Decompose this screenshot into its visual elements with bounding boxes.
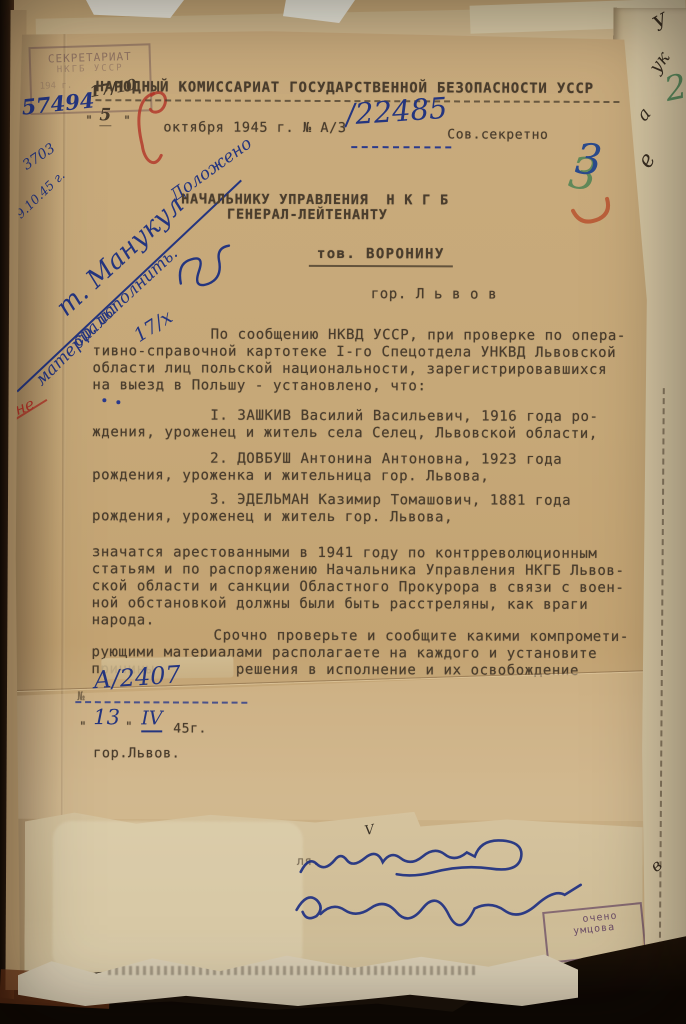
date-quote-open: " [79, 719, 87, 733]
outgoing-month-handwritten: IV [141, 707, 162, 732]
recipient-name: тов. ВОРОНИНУ [309, 246, 453, 268]
underlying-page-writing: е [633, 149, 661, 173]
page-number-blue: 3 [573, 134, 603, 185]
list-item1-line: ждения, уроженец и житель села Селец, Ль… [92, 424, 598, 442]
resolution-flourish [175, 239, 245, 301]
outgoing-city: гор.Львов. [93, 745, 180, 761]
registration-day: 5 [99, 105, 111, 126]
document-photo: У ук 2 а е Е в СЕКРЕТАРИАТ НКГБ УССР 194… [0, 0, 686, 1024]
list-item3-line: 3. ЭДЕЛЬМАН Казимир Томашович, 1881 года [210, 492, 571, 509]
recipient-city: гор. Л ь в о в [371, 286, 497, 302]
body-paragraph3-line: Срочно проверьте и сообщите какими компр… [214, 628, 629, 645]
registration-extra-date: 9.10.45 г. [13, 168, 68, 222]
list-item1-line: I. ЗАШКИВ Василий Васильевич, 1916 года … [210, 408, 598, 425]
underlying-page-writing: У [648, 8, 672, 36]
body-paragraph2-line: ной обстановкой должны были быть расстре… [92, 595, 589, 613]
body-paragraph2-line: статьям и по распоряжению Начальника Упр… [92, 561, 625, 579]
list-item2-line: 2. ДОВБУШ Антонина Антоновна, 1923 года [210, 451, 562, 468]
body-paragraph1-line: По сообщению НКВД УССР, при проверке по … [211, 327, 626, 344]
body-paragraph1-line: области лиц польской национальности, зар… [92, 360, 607, 378]
outgoing-day-handwritten: 13 [93, 705, 120, 729]
recipient-line1: НАЧАЛЬНИКУ УПРАВЛЕНИЯ Н К Г Б [181, 191, 449, 208]
date-line-typed: октября 1945 г. № А/3 [163, 119, 346, 136]
number-underline [351, 146, 451, 148]
registration-extra-number: 3703 [20, 140, 59, 173]
body-paragraph1-line: на выезд в Польшу - установлено, что: [92, 377, 426, 394]
underlying-page-writing: 2 [661, 66, 686, 110]
crumpled-paper-area [52, 821, 303, 972]
list-item2-line: рождения, уроженка и жительница гор. Льв… [92, 467, 489, 484]
doc-number-handwritten: /22485 [344, 91, 448, 132]
body-paragraph2-line: народа. [92, 612, 155, 628]
page-number-mark: 3 3 [561, 135, 623, 231]
document-page: СЕКРЕТАРИАТ НКГБ УССР 194 г. 57494 17/10… [12, 29, 649, 991]
day-quote-open: " [85, 113, 93, 127]
recipient-line2: ГЕНЕРАЛ-ЛЕЙТЕНАНТУ [227, 207, 388, 224]
resolution-date: 17/х [130, 306, 177, 347]
fold-perforation [659, 388, 665, 988]
underlying-page-writing: в [646, 855, 665, 876]
underlying-page-writing: а [633, 104, 656, 126]
ink-dot [116, 400, 120, 404]
body-paragraph1-line: тивно-справочной картотеке I-го Спецотде… [93, 343, 617, 361]
outgoing-year-typed: 45г. [173, 721, 207, 736]
secrecy-label: Сов.секретно [447, 127, 548, 142]
smudged-text-line [108, 966, 478, 975]
body-paragraph2-line: ской области и санкции Областного Прокур… [92, 578, 625, 596]
outgoing-number-handwritten: А/2407 [93, 660, 182, 694]
ink-dot [102, 398, 106, 402]
date-quote-close: " [125, 719, 133, 733]
list-item3-line: рождения, уроженец и житель гор. Львова, [92, 508, 453, 525]
body-paragraph2-line: значатся арестованными в 1941 году по ко… [92, 544, 598, 562]
